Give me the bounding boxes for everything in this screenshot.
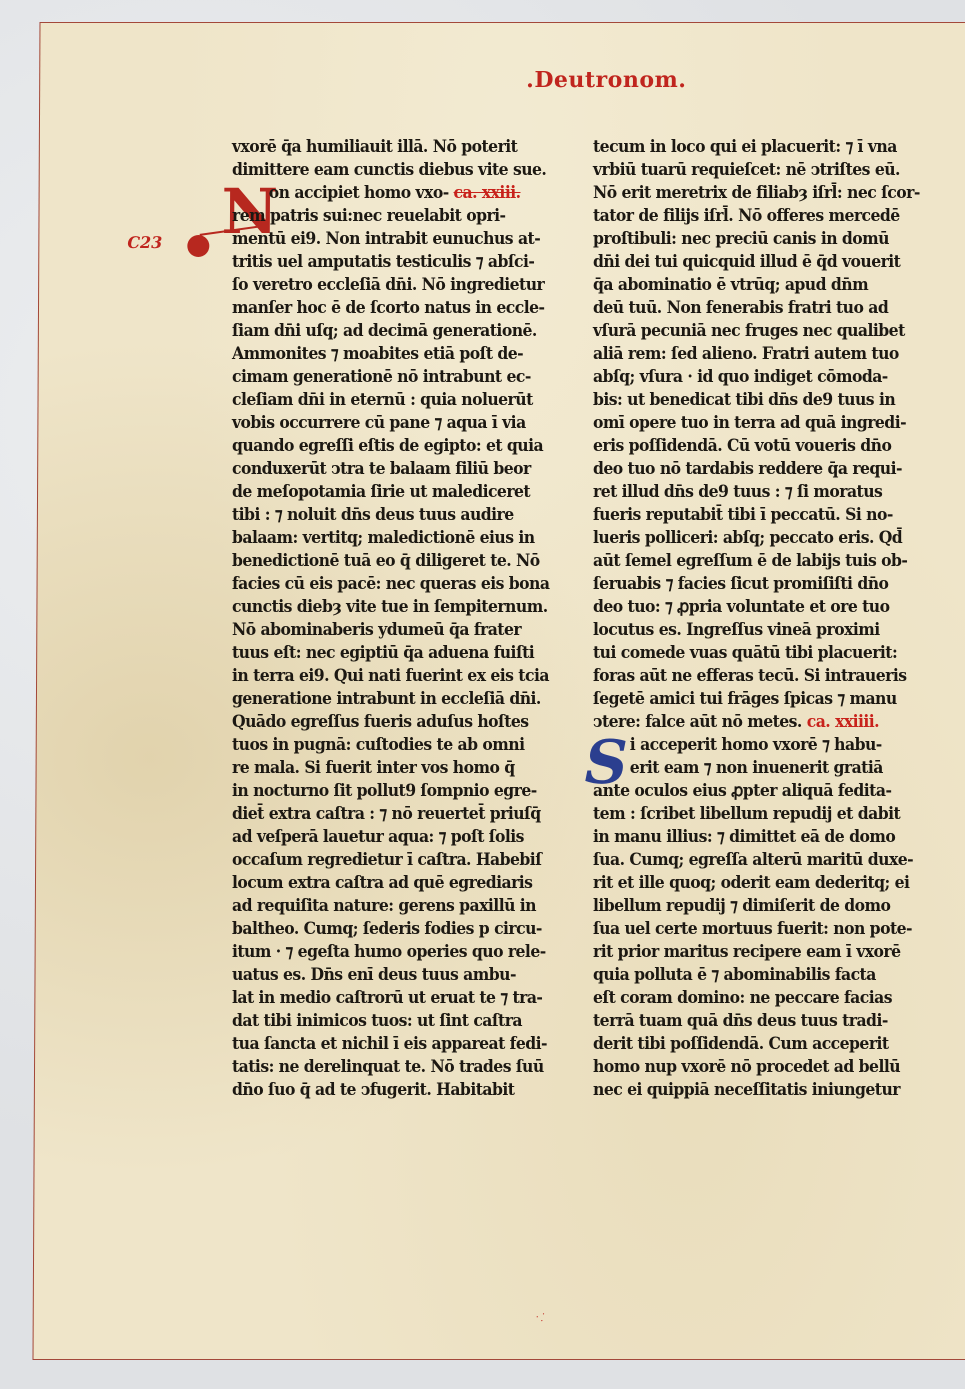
text-line: libellum repudij ⁊ dimiſerit de domo: [593, 895, 862, 918]
text-line: q̄a abominatio ē vtrūq; apud dn̄m: [593, 274, 862, 297]
text-line: bis: ut benedicat tibi dn̄s de9 tuus in: [593, 389, 862, 412]
text-line: manſer hoc ē de ſcorto natus in eccle-: [232, 297, 501, 320]
text-line: itum · ⁊ egeſta humo operies quo rele-: [232, 941, 501, 964]
text-line: facies cū eis pacē: nec queras eis bona: [232, 573, 501, 596]
text-line: ante oculos eius ꝓpter aliquā fedita-: [593, 780, 862, 803]
text-line: diet̄ extra caſtra : ⁊ nō reuertet̄ priu…: [232, 803, 501, 826]
text-line: mentū ei9. Non intrabit eunuchus at-: [232, 228, 501, 251]
text-line: cleſiam dn̄i in eternū : quia noluerūt: [232, 389, 501, 412]
text-line-content: ↄtere: falce aūt nō metes.: [593, 712, 802, 732]
text-line: in nocturno ſit pollut9 ſompnio egre-: [232, 780, 501, 803]
text-line: ſegetē amici tui frāges ſpicas ⁊ manu: [593, 688, 862, 711]
text-line: dimittere eam cunctis diebus vite sue.: [232, 159, 501, 182]
text-line: eris poſſidendā. Cū votū voueris dn̄o: [593, 435, 862, 458]
text-line: ad veſperā lauetur aqua: ⁊ poſt ſolis: [232, 826, 501, 849]
text-line: aūt ſemel egreſſum ē de labijs tuis ob-: [593, 550, 862, 573]
right-text-column: tecum in loco qui ei placuerit: ⁊ ī vna …: [593, 136, 862, 1102]
text-line: locutus es. Ingreſſus vineā proximi: [593, 619, 862, 642]
text-line: locum extra caſtra ad quē egrediaris: [232, 872, 501, 895]
text-line: cimam generationē nō intrabunt ec-: [232, 366, 501, 389]
text-line: vobis occurrere cū pane ⁊ aqua ī via: [232, 412, 501, 435]
text-line: cunctis diebȝ vite tue in ſempiternum.: [232, 596, 501, 619]
text-line: eſt coram domino: ne peccare facias: [593, 987, 862, 1010]
text-line: Ammonites ⁊ moabites etiā poſt de-: [232, 343, 501, 366]
text-line: dat tibi inimicos tuos: ut ſint caſtra: [232, 1010, 501, 1033]
text-line: fueris reputabit̄ tibi ī peccatū. Si no-: [593, 504, 862, 527]
text-line: ſua. Cumq; egreſſa alterū maritū duxe-: [593, 849, 862, 872]
text-line: in terra ei9. Qui nati fuerint ex eis tc…: [232, 665, 501, 688]
text-line: proſtibuli: nec preciū canis in domū: [593, 228, 862, 251]
text-line: deū tuū. Non fenerabis fratri tuo ad: [593, 297, 862, 320]
text-line: tibi : ⁊ noluit dn̄s deus tuus audire: [232, 504, 501, 527]
text-line: balaam: vertitq; maledictionē eius in: [232, 527, 501, 550]
text-line: lueris polliceri: abſq; peccato eris. Qd…: [593, 527, 862, 550]
text-line: on accipiet homo vxo- ca. xxiii.: [232, 182, 501, 205]
text-line: omī opere tuo in terra ad quā ingredi-: [593, 412, 862, 435]
text-line: tuus eſt: nec egiptiū q̄a aduena fuiſti: [232, 642, 501, 665]
text-line: derit tibi poſſidendā. Cum acceperit: [593, 1033, 862, 1056]
text-line: vrbiū tuarū requieſcet: nē ↄtriſtes eū.: [593, 159, 862, 182]
text-line: tatis: ne derelinquat te. Nō trades ſuū: [232, 1056, 501, 1079]
text-line: tator de filijs iſrl̄. Nō offeres merced…: [593, 205, 862, 228]
text-line: re mala. Si fuerit inter vos homo q̄: [232, 757, 501, 780]
running-head: .Deutronom.: [526, 67, 686, 93]
initial-flourish-dot: [187, 235, 209, 257]
text-line: de meſopotamia ſirie ut malediceret: [232, 481, 501, 504]
text-line: rit prior maritus recipere eam ī vxorē: [593, 941, 862, 964]
text-line: Nō erit meretrix de filiabȝ iſrl̄: nec ſ…: [593, 182, 862, 205]
text-line: in manu illius: ⁊ dimittet eā de domo: [593, 826, 862, 849]
text-line: quando egreſſi eſtis de egipto: et quia: [232, 435, 501, 458]
text-line: ſua uel certe mortuus fuerit: non pote-: [593, 918, 862, 941]
text-line: aliā rem: ſed alieno. Fratri autem tuo: [593, 343, 862, 366]
text-line: ſeruabis ⁊ facies ſicut promiſiſti dn̄o: [593, 573, 862, 596]
text-line: tem : ſcribet libellum repudij et dabit: [593, 803, 862, 826]
text-line: deo tuo nō tardabis reddere q̄a requi-: [593, 458, 862, 481]
text-line: baltheo. Cumq; ſederis fodies p circu-: [232, 918, 501, 941]
text-line: uatus es. Dn̄s enī deus tuus ambu-: [232, 964, 501, 987]
text-line: vſurā pecuniā nec fruges nec qualibet: [593, 320, 862, 343]
text-line: erit eam ⁊ non inuenerit gratiā: [593, 757, 862, 780]
text-line: generatione intrabunt in eccleſiā dn̄i.: [232, 688, 501, 711]
bottom-red-mark: ⸫: [534, 1308, 549, 1324]
text-line: occaſum regredietur ī caſtra. Habebiſ: [232, 849, 501, 872]
text-line: ſo veretro eccleſiā dn̄i. Nō ingredietur: [232, 274, 501, 297]
text-line: vxorē q̄a humiliauit illā. Nō poterit: [232, 136, 501, 159]
text-line: terrā tuam quā dn̄s deus tuus tradi-: [593, 1010, 862, 1033]
text-line-content: on accipiet homo vxo-: [269, 183, 449, 203]
text-line: foras aūt ne efferas tecū. Si intraueris: [593, 665, 862, 688]
text-line: abſq; vſura · id quo indiget cōmoda-: [593, 366, 862, 389]
text-line: conduxerūt ↄtra te balaam filiū beor: [232, 458, 501, 481]
text-line: tua ſancta et nichil ī eis appareat fedi…: [232, 1033, 501, 1056]
text-line: tecum in loco qui ei placuerit: ⁊ ī vna: [593, 136, 862, 159]
text-line: tritis uel amputatis testiculis ⁊ abſci-: [232, 251, 501, 274]
left-text-column: vxorē q̄a humiliauit illā. Nō poterit di…: [232, 136, 501, 1102]
text-line: nec ei quippiā neceſſitatis iniungetur: [593, 1079, 862, 1102]
text-line: tui comede vuas quātū tibi placuerit:: [593, 642, 862, 665]
text-line: dn̄o ſuo q̄ ad te ↄfugerit. Habitabit: [232, 1079, 501, 1102]
text-line: tuos in pugnā: cuſtodies te ab omni: [232, 734, 501, 757]
text-line: quia polluta ē ⁊ abominabilis facta: [593, 964, 862, 987]
text-line: ad requiſita nature: gerens paxillū in: [232, 895, 501, 918]
text-line: Quādo egreſſus fueris aduſus hoſtes: [232, 711, 501, 734]
chapter-rubric: ca. xxiiii.: [807, 712, 879, 732]
text-line: Nō abominaberis ydumeū q̄a frater: [232, 619, 501, 642]
text-line: i acceperit homo vxorē ⁊ habu-: [593, 734, 862, 757]
text-line: deo tuo: ⁊ ꝓpria voluntate et ore tuo: [593, 596, 862, 619]
margin-chapter-note: C23: [127, 233, 162, 252]
text-line: ret illud dn̄s de9 tuus : ⁊ ſi moratus: [593, 481, 862, 504]
text-line: dn̄i dei tui quicquid illud ē q̄d voueri…: [593, 251, 862, 274]
text-line: benedictionē tuā eo q̄ diligeret te. Nō: [232, 550, 501, 573]
text-line: rit et ille quoq; oderit eam dederitq; e…: [593, 872, 862, 895]
text-line: lat in medio caſtrorū ut eruat te ⁊ tra-: [232, 987, 501, 1010]
text-line: homo nup vxorē nō procedet ad bellū: [593, 1056, 862, 1079]
text-line: rem patris sui:nec reuelabit opri-: [232, 205, 501, 228]
text-line: ↄtere: falce aūt nō metes. ca. xxiiii.: [593, 711, 862, 734]
text-line: ſiam dn̄i uſq; ad decimā generationē.: [232, 320, 501, 343]
chapter-rubric: ca. xxiii.: [454, 183, 521, 203]
